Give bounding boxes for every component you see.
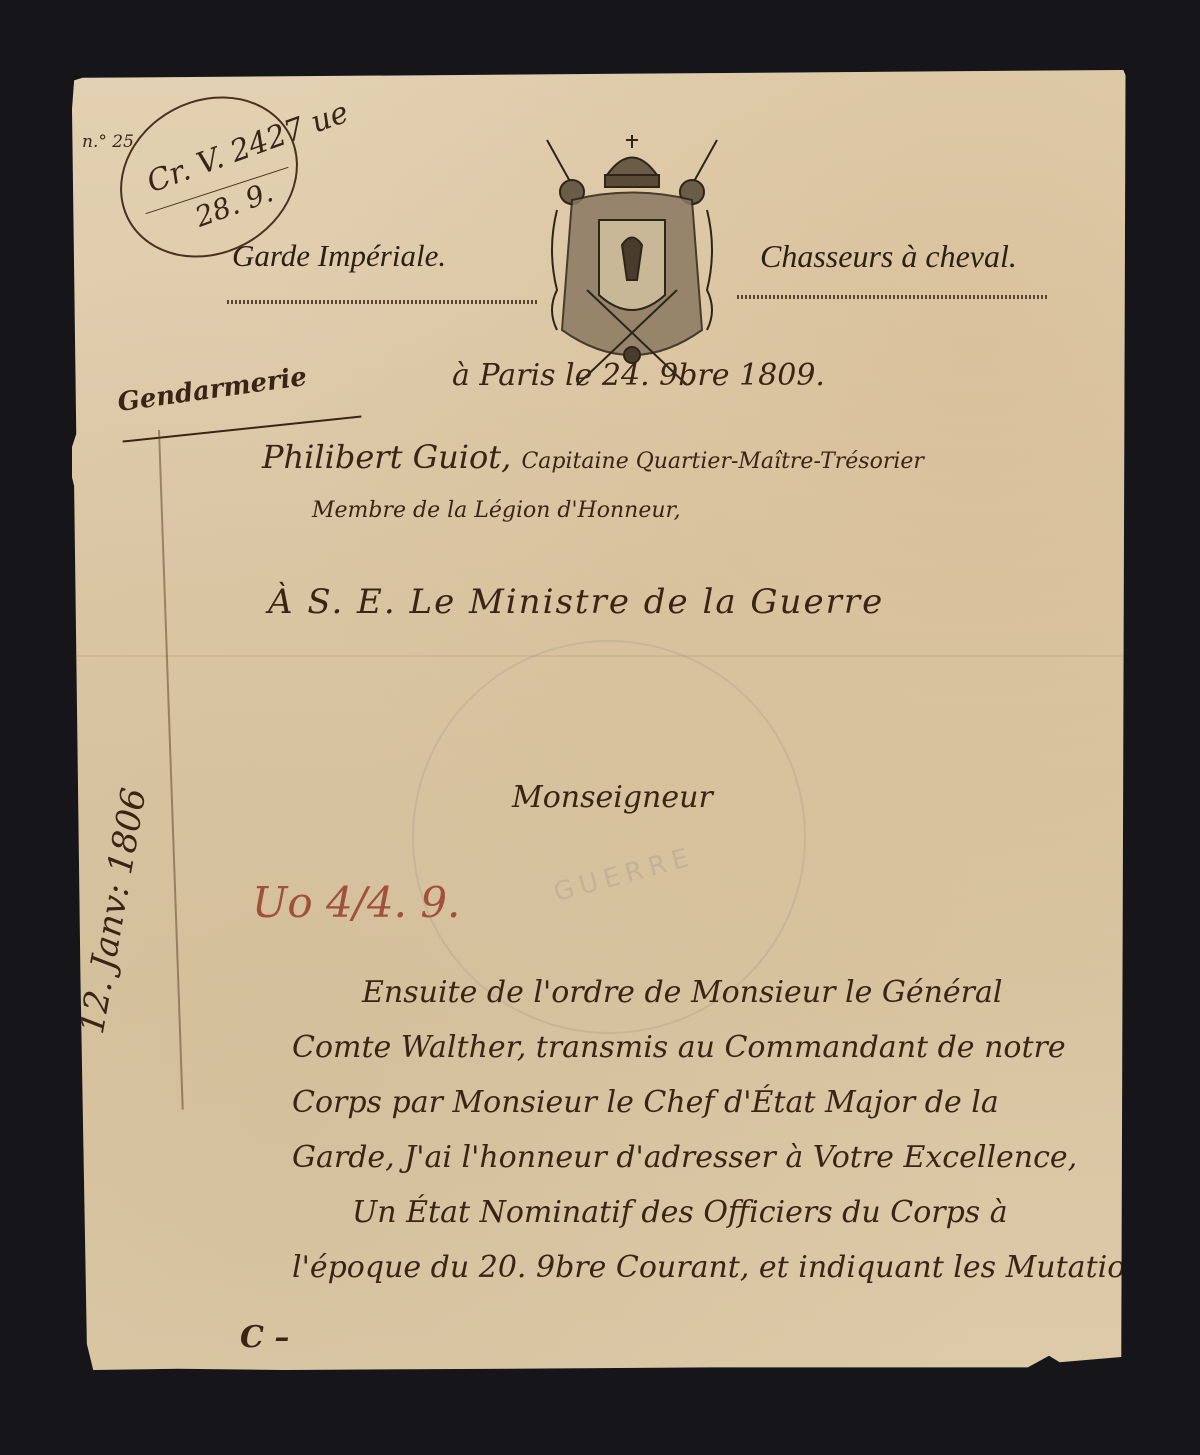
body-line-4: Garde, J'ai l'honneur d'adresser à Votre…	[292, 1140, 1077, 1175]
sender-line: Philibert Guiot, Capitaine Quartier-Maît…	[262, 438, 924, 476]
letterhead-rule-left	[227, 300, 539, 304]
document-paper: GUERRE n.° 25 Cr. V. 2427 ue 28. 9. Gard…	[72, 70, 1134, 1370]
sender-membership: Membre de la Légion d'Honneur,	[312, 498, 681, 523]
bottom-mark: C –	[240, 1320, 289, 1355]
vertical-margin-date: 12. Janv: 1806	[72, 785, 155, 1037]
archive-number: n.° 25	[82, 132, 134, 152]
body-line-6: l'époque du 20. 9bre Courant, et indiqua…	[292, 1250, 1160, 1285]
margin-note-gendarmerie: Gendarmerie	[116, 362, 309, 418]
body-line-1: Ensuite de l'ordre de Monsieur le Généra…	[362, 975, 1003, 1010]
sender-name: Philibert Guiot,	[262, 438, 511, 476]
recipient-line: À S. E. Le Ministre de la Guerre	[268, 582, 884, 622]
red-ink-note: Uo 4/4. 9.	[252, 878, 460, 927]
date-line: à Paris le 24. 9bre 1809.	[452, 358, 825, 393]
letterhead-rule-right	[737, 295, 1047, 299]
body-line-3: Corps par Monsieur le Chef d'État Major …	[292, 1085, 999, 1120]
salutation: Monseigneur	[512, 780, 713, 815]
letterhead-left: Garde Impériale.	[232, 238, 446, 274]
sender-rank: Capitaine Quartier-Maître-Trésorier	[521, 449, 923, 474]
coat-of-arms-icon	[527, 130, 737, 390]
margin-rule	[158, 430, 184, 1110]
body-line-5: Un État Nominatif des Officiers du Corps…	[352, 1195, 1008, 1230]
body-line-2: Comte Walther, transmis au Commandant de…	[292, 1030, 1066, 1065]
letterhead-right: Chasseurs à cheval.	[760, 238, 1017, 275]
